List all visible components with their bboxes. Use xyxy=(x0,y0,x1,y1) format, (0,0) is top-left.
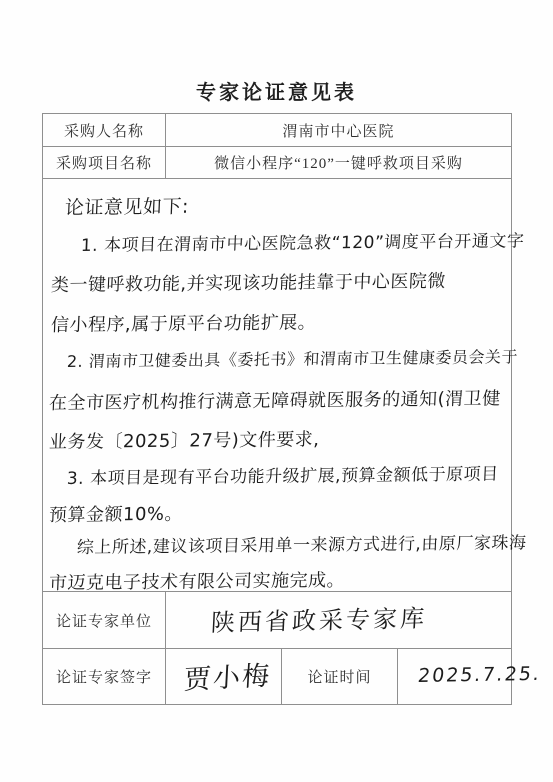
table-row: 论证意见如下: 1. 本项目在渭南市中心医院急救“120”调度平台开通文字 类一… xyxy=(43,179,511,592)
expert-signature-label: 论证专家签字 xyxy=(43,649,166,704)
opinion-line: 信小程序,属于原平台功能扩展。 xyxy=(50,308,316,337)
opinion-line: 市迈克电子技术有限公司实施完成。 xyxy=(48,566,345,595)
scanned-form-page: 专家论证意见表 采购人名称 渭南市中心医院 采购项目名称 微信小程序“120”一… xyxy=(0,0,553,782)
opinion-line: 综上所述,建议该项目采用单一来源方式进行,由原厂家珠海 xyxy=(76,528,527,558)
expert-signature-handwriting: 贾小梅 xyxy=(183,653,272,696)
opinion-line: 类一键呼救功能,并实现该功能挂靠于中心医院微 xyxy=(50,267,446,297)
opinion-line: 预算金额10%。 xyxy=(48,500,183,527)
purchaser-name-value: 渭南市中心医院 xyxy=(166,114,511,146)
opinion-line: 业务发〔2025〕27号)文件要求, xyxy=(48,425,320,454)
page-title: 专家论证意见表 xyxy=(0,76,553,105)
demonstration-time-label: 论证时间 xyxy=(282,649,398,704)
opinion-body: 论证意见如下: 1. 本项目在渭南市中心医院急救“120”调度平台开通文字 类一… xyxy=(43,179,511,591)
expert-unit-value: 陕西省政采专家库 xyxy=(166,592,511,648)
table-row: 采购人名称 渭南市中心医院 xyxy=(43,114,511,147)
table-row: 论证专家签字 贾小梅 论证时间 2025.7.25. xyxy=(43,649,511,704)
demonstration-time-cell: 2025.7.25. xyxy=(398,649,511,704)
opinion-line: 1. 本项目在渭南市中心医院急救“120”调度平台开通文字 xyxy=(80,226,524,256)
opinion-line: 在全市医疗机构推行满意无障碍就医服务的通知(渭卫健 xyxy=(48,384,501,415)
form-table: 采购人名称 渭南市中心医院 采购项目名称 微信小程序“120”一键呼救项目采购 … xyxy=(42,113,512,705)
expert-unit-handwriting: 陕西省政采专家库 xyxy=(210,598,428,638)
demonstration-date-handwriting: 2025.7.25. xyxy=(417,663,543,687)
opinion-line: 2. 渭南市卫健委出具《委托书》和渭南市卫生健康委员会关于 xyxy=(67,344,519,372)
project-name-label: 采购项目名称 xyxy=(43,147,166,178)
table-row: 论证专家单位 陕西省政采专家库 xyxy=(43,592,511,649)
expert-unit-label: 论证专家单位 xyxy=(43,592,166,648)
opinion-line: 论证意见如下: xyxy=(64,192,189,220)
table-row: 采购项目名称 微信小程序“120”一键呼救项目采购 xyxy=(43,147,511,179)
purchaser-name-label: 采购人名称 xyxy=(43,114,166,146)
opinion-line: 3. 本项目是现有平台功能升级扩展,预算金额低于原项目 xyxy=(66,459,499,489)
project-name-value: 微信小程序“120”一键呼救项目采购 xyxy=(166,147,511,178)
expert-signature-cell: 贾小梅 xyxy=(166,649,282,704)
